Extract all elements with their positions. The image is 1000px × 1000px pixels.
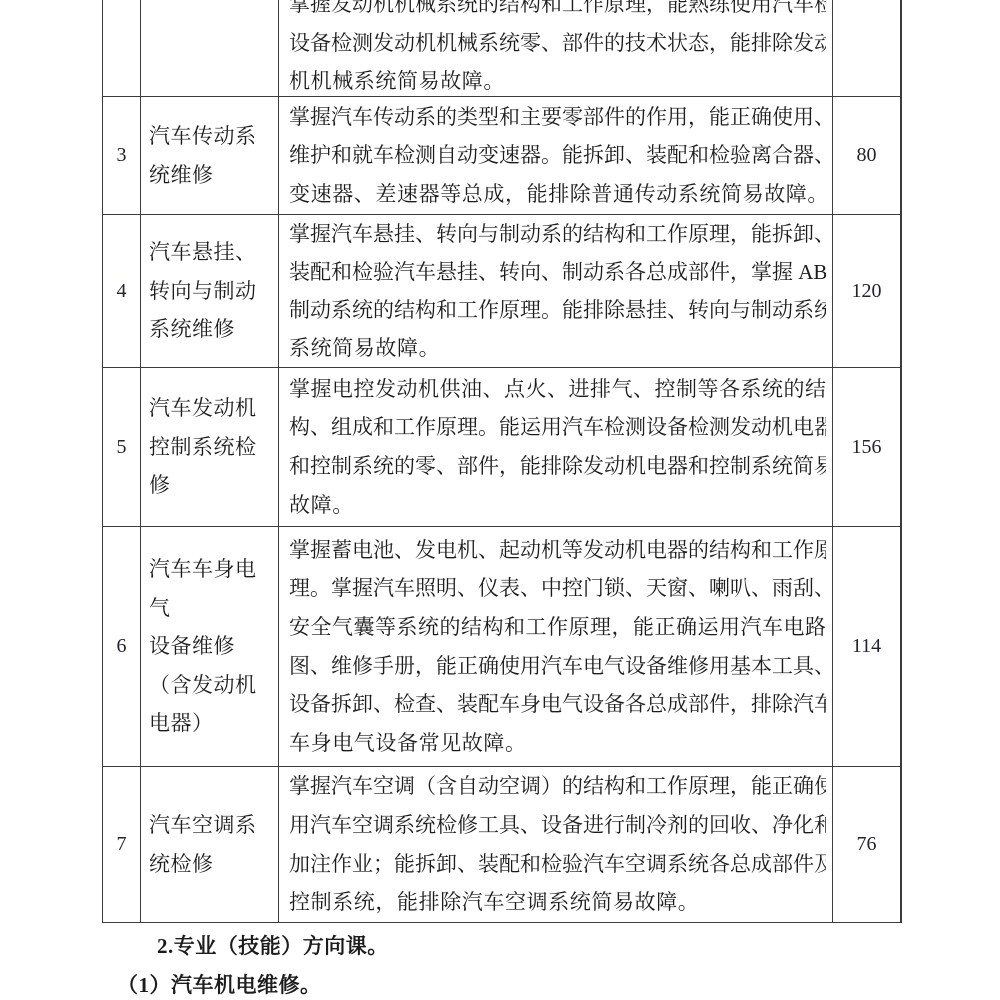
subsection-heading-auto-mechatronics-repair: （1）汽车机电维修。 — [0, 973, 1000, 997]
hours-cell — [833, 0, 900, 96]
hours-cell: 120 — [833, 215, 900, 367]
course-description-cell: 掌握汽车空调（含自动空调）的结构和工作原理，能正确使 用汽车空调系统检修工具、设… — [279, 767, 833, 922]
row-number-cell: 6 — [103, 527, 141, 766]
description-line: 用汽车空调系统检修工具、设备进行制冷剂的回收、净化和 — [289, 806, 826, 845]
hours-cell: 114 — [833, 527, 900, 766]
row-number-cell: 7 — [103, 767, 141, 922]
description-line: 安全气囊等系统的结构和工作原理，能正确运用汽车电路 — [289, 608, 826, 647]
course-name-line: 电器） — [149, 704, 278, 743]
hours-cell: 76 — [833, 767, 900, 922]
course-name-cell — [141, 0, 279, 96]
table-row: 7 汽车空调系 统检修 掌握汽车空调（含自动空调）的结构和工作原理，能正确使 用… — [103, 767, 900, 923]
row-number-cell — [103, 0, 141, 96]
course-table: 掌握发动机机械系统的结构和工作原理，能熟练使用汽车检测 设备检测发动机机械系统零… — [102, 0, 902, 923]
section-heading-skill-direction-courses: 2.专业（技能）方向课。 — [0, 934, 1000, 958]
description-line: 车身电气设备常见故障。 — [289, 724, 826, 763]
description-line: 掌握汽车空调（含自动空调）的结构和工作原理，能正确使 — [289, 767, 826, 806]
row-number-cell: 4 — [103, 215, 141, 367]
description-line: 掌握发动机机械系统的结构和工作原理，能熟练使用汽车检测 — [289, 0, 826, 24]
course-name-line: （含发动机 — [149, 666, 278, 705]
description-line: 装配和检验汽车悬挂、转向、制动系各总成部件，掌握 ABS — [289, 253, 826, 291]
course-name-line: 气 — [149, 589, 278, 628]
description-line: 变速器、差速器等总成，能排除普通传动系统简易故障。 — [289, 175, 826, 214]
description-line: 掌握汽车传动系的类型和主要零部件的作用，能正确使用、 — [289, 98, 826, 137]
table-row: 掌握发动机机械系统的结构和工作原理，能熟练使用汽车检测 设备检测发动机机械系统零… — [103, 0, 900, 97]
course-name-line: 汽车发动机 — [149, 389, 278, 428]
description-line: 和控制系统的零、部件，能排除发动机电器和控制系统简易 — [289, 447, 826, 486]
table-row: 4 汽车悬挂、 转向与制动 系统维修 掌握汽车悬挂、转向与制动系的结构和工作原理… — [103, 215, 900, 368]
course-description-cell: 掌握汽车悬挂、转向与制动系的结构和工作原理，能拆卸、 装配和检验汽车悬挂、转向、… — [279, 215, 833, 367]
course-name-line: 控制系统检 — [149, 428, 278, 467]
course-name-cell: 汽车悬挂、 转向与制动 系统维修 — [141, 215, 279, 367]
description-line: 设备检测发动机机械系统零、部件的技术状态，能排除发动 — [289, 24, 826, 63]
course-description-cell: 掌握发动机机械系统的结构和工作原理，能熟练使用汽车检测 设备检测发动机机械系统零… — [279, 0, 833, 96]
description-line: 制动系统的结构和工作原理。能排除悬挂、转向与制动系统 — [289, 291, 826, 329]
description-line: 理。掌握汽车照明、仪表、中控门锁、天窗、喇叭、雨刮、 — [289, 569, 826, 608]
description-line: 掌握蓄电池、发电机、起动机等发动机电器的结构和工作原 — [289, 531, 826, 570]
description-line: 系统简易故障。 — [289, 329, 826, 367]
description-line: 控制系统，能排除汽车空调系统简易故障。 — [289, 883, 826, 922]
document-page: 掌握发动机机械系统的结构和工作原理，能熟练使用汽车检测 设备检测发动机机械系统零… — [0, 0, 1000, 1000]
course-description-cell: 掌握汽车传动系的类型和主要零部件的作用，能正确使用、 维护和就车检测自动变速器。… — [279, 97, 833, 214]
course-name-line: 转向与制动 — [149, 272, 278, 311]
table-row: 6 汽车车身电 气 设备维修 （含发动机 电器） 掌握蓄电池、发电机、起动机等发… — [103, 527, 900, 767]
table-row: 5 汽车发动机 控制系统检 修 掌握电控发动机供油、点火、进排气、控制等各系统的… — [103, 368, 900, 527]
row-number-cell: 5 — [103, 368, 141, 526]
course-name-line: 汽车传动系 — [149, 117, 278, 156]
hours-cell: 80 — [833, 97, 900, 214]
row-number-cell: 3 — [103, 97, 141, 214]
course-name-line: 系统维修 — [149, 310, 278, 349]
course-name-cell: 汽车传动系 统维修 — [141, 97, 279, 214]
description-line: 故障。 — [289, 486, 826, 525]
course-name-cell: 汽车车身电 气 设备维修 （含发动机 电器） — [141, 527, 279, 766]
description-line: 掌握电控发动机供油、点火、进排气、控制等各系统的结 — [289, 370, 826, 409]
course-name-line: 汽车空调系 — [149, 806, 278, 845]
course-name-line: 修 — [149, 466, 278, 505]
description-line: 设备拆卸、检查、装配车身电气设备各总成部件，排除汽车 — [289, 685, 826, 724]
course-name-line: 汽车悬挂、 — [149, 233, 278, 272]
description-line: 机机械系统简易故障。 — [289, 62, 826, 96]
description-line: 构、组成和工作原理。能运用汽车检测设备检测发动机电器 — [289, 408, 826, 447]
hours-cell: 156 — [833, 368, 900, 526]
course-name-line: 设备维修 — [149, 627, 278, 666]
description-line: 图、维修手册，能正确使用汽车电气设备维修用基本工具、 — [289, 647, 826, 686]
description-line: 维护和就车检测自动变速器。能拆卸、装配和检验离合器、 — [289, 136, 826, 175]
course-name-line: 统检修 — [149, 845, 278, 884]
course-description-cell: 掌握蓄电池、发电机、起动机等发动机电器的结构和工作原 理。掌握汽车照明、仪表、中… — [279, 527, 833, 766]
course-description-cell: 掌握电控发动机供油、点火、进排气、控制等各系统的结 构、组成和工作原理。能运用汽… — [279, 368, 833, 526]
description-line: 掌握汽车悬挂、转向与制动系的结构和工作原理，能拆卸、 — [289, 215, 826, 253]
course-name-line: 统维修 — [149, 156, 278, 195]
course-name-line: 汽车车身电 — [149, 550, 278, 589]
course-name-cell: 汽车空调系 统检修 — [141, 767, 279, 922]
course-name-cell: 汽车发动机 控制系统检 修 — [141, 368, 279, 526]
description-line: 加注作业；能拆卸、装配和检验汽车空调系统各总成部件及 — [289, 845, 826, 884]
table-row: 3 汽车传动系 统维修 掌握汽车传动系的类型和主要零部件的作用，能正确使用、 维… — [103, 97, 900, 215]
